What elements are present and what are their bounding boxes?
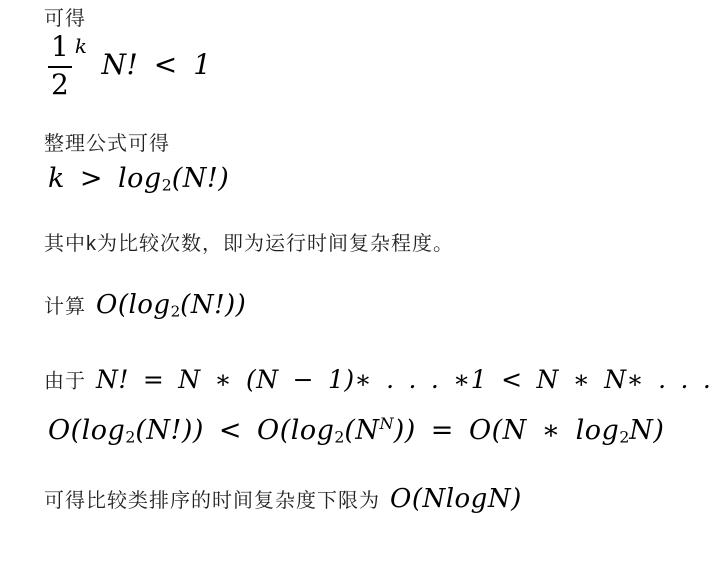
paragraph-since: 由于N! = N ∗ (N − 1)∗ . . . ∗1 < N ∗ N∗ . … bbox=[44, 353, 718, 401]
log-base-subscript: 2 bbox=[171, 302, 181, 320]
since-label: 由于 bbox=[44, 371, 86, 393]
math-rhs: (N!) bbox=[172, 163, 230, 194]
formula-complexity-bound: O(log2(N!)) < O(log2(NN)) = O(N ∗ log2N) bbox=[44, 402, 718, 459]
math-part: (N!)) < O(log bbox=[135, 415, 334, 446]
log-base-subscript: 2 bbox=[125, 427, 135, 446]
math-expression: k > log2(N!) bbox=[48, 163, 229, 194]
math-part: O(log bbox=[48, 415, 125, 446]
formula-body: N! < 1 bbox=[101, 48, 211, 81]
math-part: (N bbox=[344, 415, 379, 446]
math-expression: 1 2 kN! < 1 bbox=[48, 48, 212, 81]
math-part: N) bbox=[629, 415, 664, 446]
math-pre: O(log bbox=[96, 290, 171, 320]
math-expression: N! = N ∗ (N − 1)∗ . . . ∗1 < N ∗ N∗ . . … bbox=[96, 365, 726, 394]
formula-half-power: 1 2 kN! < 1 bbox=[44, 32, 718, 101]
math-post: (N!)) bbox=[180, 290, 246, 320]
paragraph-rearrange: 整理公式可得 bbox=[44, 131, 718, 157]
article-content: 可得 1 2 kN! < 1 整理公式可得 k > log2(N!) 其中k为比… bbox=[0, 0, 726, 521]
math-expression: O(log2(N!)) < O(log2(NN)) = O(N ∗ log2N) bbox=[48, 415, 664, 446]
paragraph-k-meaning: 其中k为比较次数，即为运行时间复杂程度。 bbox=[44, 231, 718, 257]
paragraph-compute: 计算O(log2(N!)) bbox=[44, 285, 718, 331]
log-base-subscript: 2 bbox=[619, 427, 629, 446]
fraction-exponent: k bbox=[75, 34, 88, 58]
log-base-subscript: 2 bbox=[334, 427, 344, 446]
fraction-numerator: 1 bbox=[48, 32, 72, 68]
paragraph-conclusion: 可得比较类排序的时间复杂度下限为O(NlogN) bbox=[44, 479, 718, 521]
log-base-subscript: 2 bbox=[162, 175, 172, 194]
fraction-one-half: 1 2 bbox=[48, 32, 72, 101]
math-body: N! = N ∗ (N − 1)∗ . . . ∗1 < N ∗ N∗ . . … bbox=[96, 365, 726, 394]
n-power-superscript: N bbox=[380, 414, 394, 433]
math-part: )) = O(N ∗ log bbox=[394, 415, 620, 446]
math-lhs: k > log bbox=[48, 163, 162, 194]
compute-label: 计算 bbox=[44, 296, 86, 318]
math-expression: O(log2(N!)) bbox=[96, 290, 246, 320]
fraction-denominator: 2 bbox=[48, 68, 72, 101]
formula-k-greater-log: k > log2(N!) bbox=[44, 157, 718, 207]
paragraph-keda: 可得 bbox=[44, 6, 718, 32]
math-expression: O(NlogN) bbox=[390, 484, 522, 514]
conclusion-label: 可得比较类排序的时间复杂度下限为 bbox=[44, 490, 380, 512]
